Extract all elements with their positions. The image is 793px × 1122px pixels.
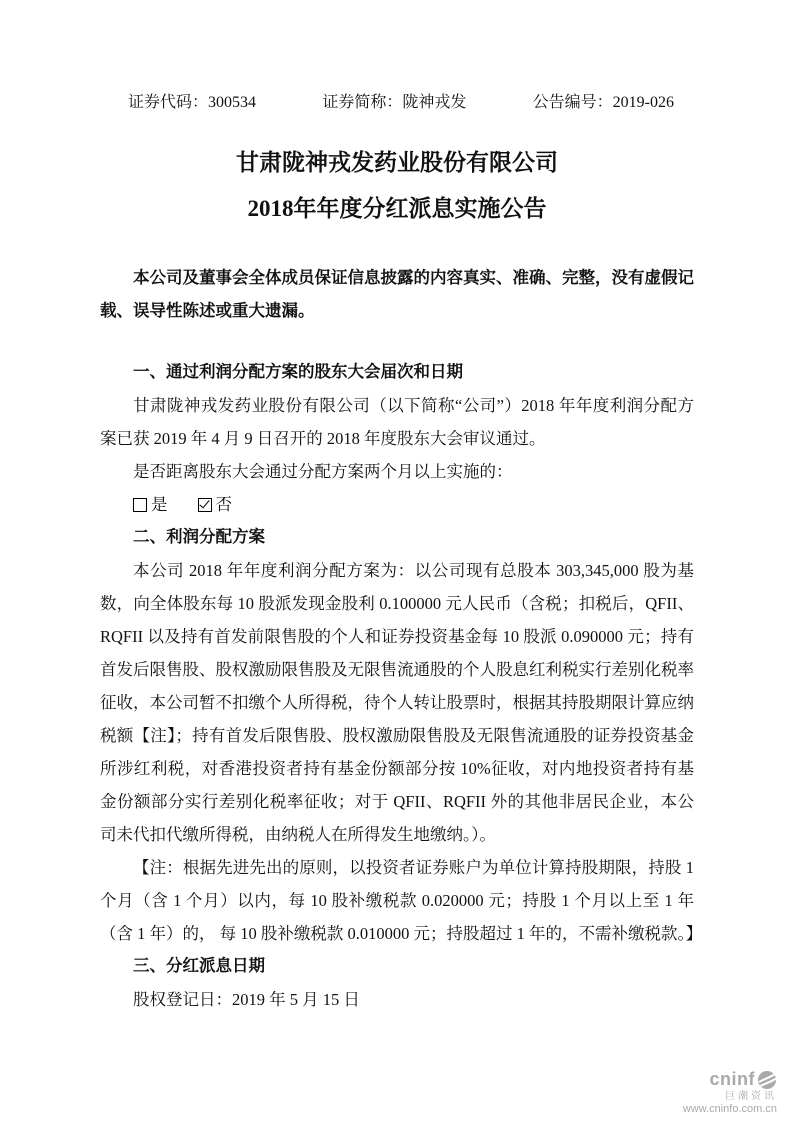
check-mark-icon	[199, 497, 209, 508]
implementation-question: 是否距离股东大会通过分配方案两个月以上实施的：	[100, 455, 694, 488]
announcement-number: 公告编号：2019-026	[533, 92, 674, 114]
cninfo-brand-row: cninf	[683, 1069, 777, 1090]
announcement-subject-title: 2018年年度分红派息实施公告	[100, 186, 694, 232]
cninfo-brand-text: cninf	[710, 1069, 756, 1090]
cninfo-watermark: cninf 巨潮资讯 www.cninfo.com.cn	[683, 1069, 777, 1116]
section-3-heading: 三、分红派息日期	[100, 950, 694, 983]
security-abbr: 证券简称：陇神戎发	[322, 92, 466, 114]
checkbox-row: 是 否	[100, 488, 694, 521]
checkbox-yes-icon[interactable]	[133, 498, 147, 512]
company-name-title: 甘肃陇神戎发药业股份有限公司	[100, 140, 694, 186]
document-title: 甘肃陇神戎发药业股份有限公司 2018年年度分红派息实施公告	[100, 140, 694, 232]
option-yes-label: 是	[151, 488, 168, 521]
section-1-heading: 一、通过利润分配方案的股东大会届次和日期	[100, 356, 694, 389]
disclosure-notice: 本公司及董事会全体成员保证信息披露的内容真实、准确、完整，没有虚假记载、误导性陈…	[100, 262, 694, 328]
record-date-line: 股权登记日：2019 年 5 月 15 日	[100, 983, 694, 1016]
option-no[interactable]: 否	[198, 488, 233, 521]
security-code: 证券代码：300534	[128, 92, 256, 114]
section-1-paragraph: 甘肃陇神戎发药业股份有限公司（以下简称“公司”）2018 年年度利润分配方案已获…	[100, 389, 694, 455]
doc-header: 证券代码：300534 证券简称：陇神戎发 公告编号：2019-026	[100, 92, 694, 114]
cninfo-globe-icon	[757, 1070, 777, 1090]
checkbox-no-icon[interactable]	[198, 498, 212, 512]
option-yes[interactable]: 是	[133, 488, 168, 521]
section-2-heading: 二、利润分配方案	[100, 521, 694, 554]
cninfo-url: www.cninfo.com.cn	[683, 1103, 777, 1116]
announcement-page: 证券代码：300534 证券简称：陇神戎发 公告编号：2019-026 甘肃陇神…	[0, 0, 793, 1122]
section-2-paragraph: 本公司 2018 年年度利润分配方案为：以公司现有总股本 303,345,000…	[100, 554, 694, 851]
option-no-label: 否	[216, 488, 233, 521]
cninfo-cn-name: 巨潮资讯	[683, 1091, 777, 1103]
section-2-note: 【注：根据先进先出的原则，以投资者证券账户为单位计算持股期限，持股 1 个月（含…	[100, 851, 694, 950]
